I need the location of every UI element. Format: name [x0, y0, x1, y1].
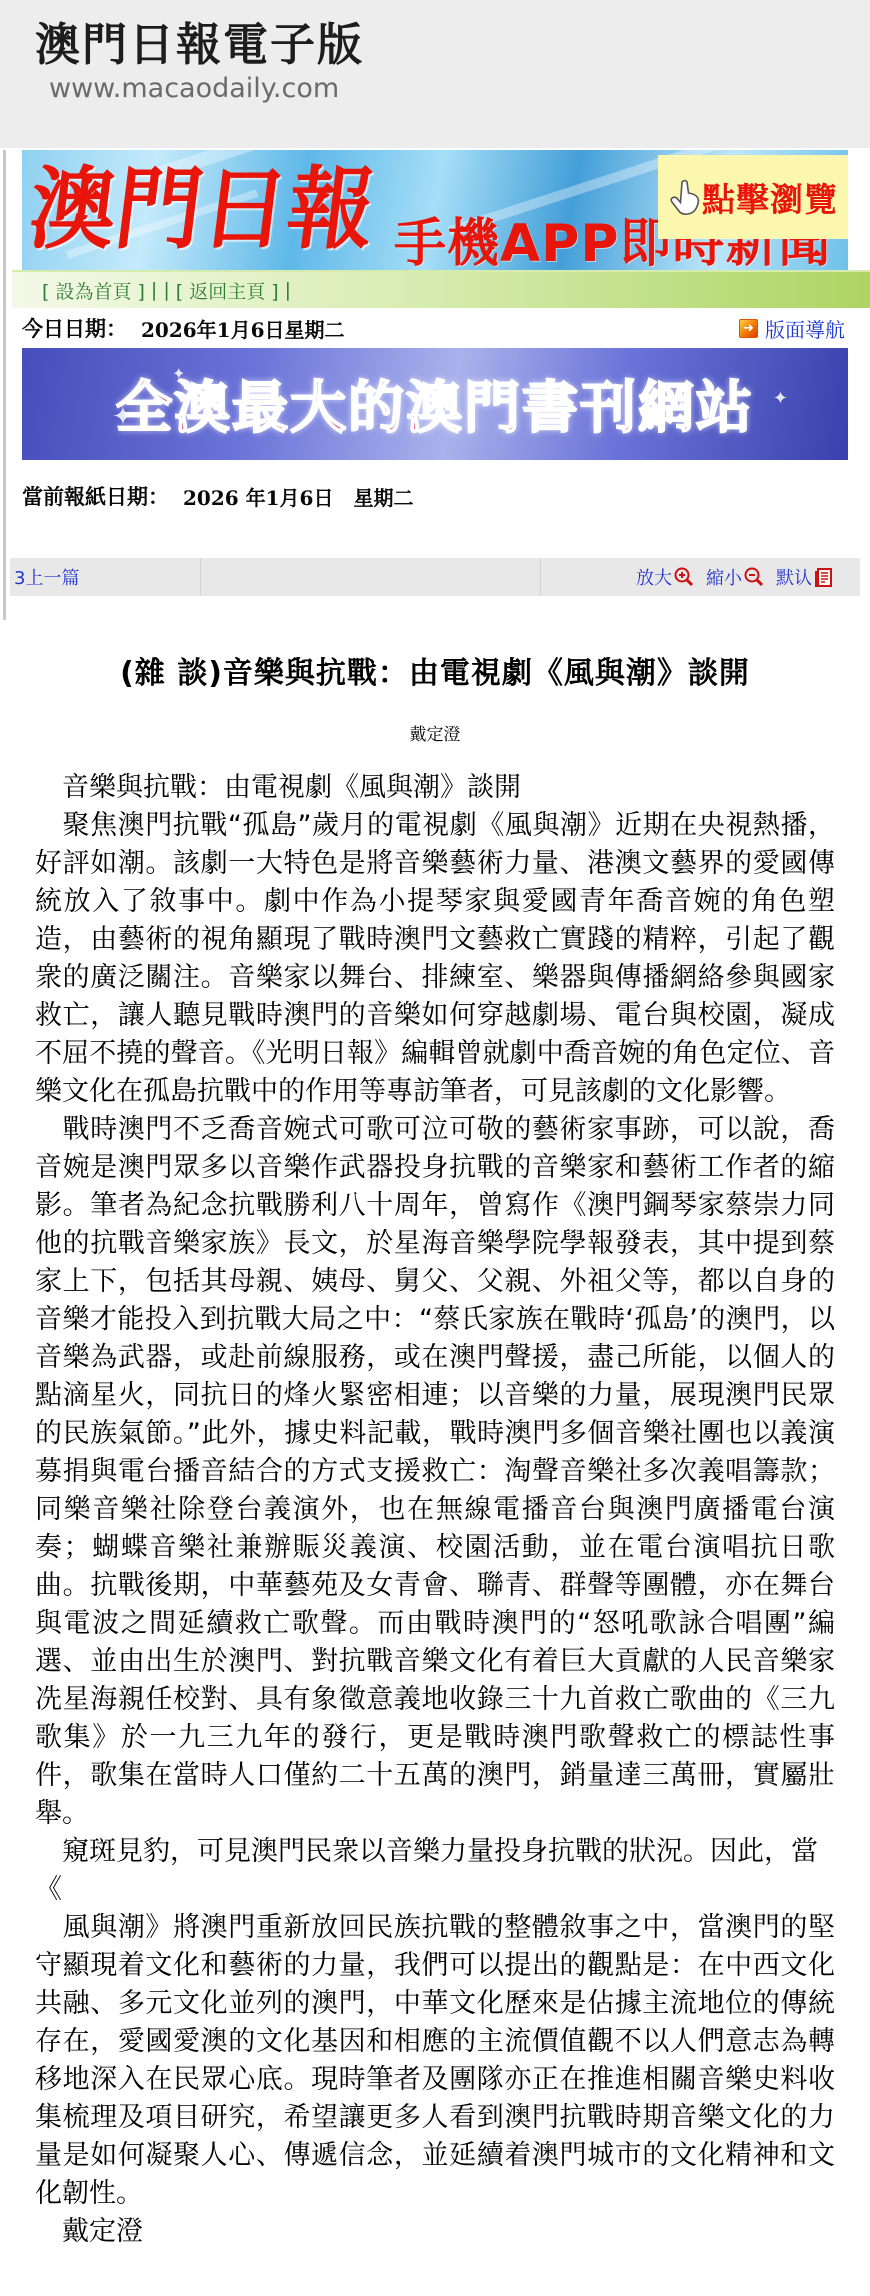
click-to-view-badge[interactable]: 點擊瀏覽 — [658, 155, 848, 239]
article-paragraph: 戴定澄 — [35, 2213, 835, 2251]
article-body: 音樂與抗戰：由電視劇《風與潮》談開 聚焦澳門抗戰“孤島”歲月的電視劇《風與潮》近… — [35, 769, 835, 2251]
page-navigation-label[interactable]: 版面導航 — [765, 314, 845, 343]
sparkle-icon: ✦ — [172, 364, 185, 383]
click-to-view-label: 點擊瀏覽 — [702, 174, 838, 221]
magnifier-minus-icon — [743, 566, 765, 588]
nav-separator: | — [285, 279, 291, 301]
article-paragraph: 音樂與抗戰：由電視劇《風與潮》談開 — [35, 769, 835, 807]
article-paragraph: 戰時澳門不乏喬音婉式可歌可泣可敬的藝術家事跡，可以說，喬音婉是澳門眾多以音樂作武… — [35, 1111, 835, 1833]
zoom-in-button[interactable]: 放大 — [636, 564, 695, 590]
article-paragraph: 聚焦澳門抗戰“孤島”歲月的電視劇《風與潮》近期在央視熱播，好評如潮。該劇一大特色… — [35, 807, 835, 1111]
page-edge-shadow — [3, 150, 6, 620]
zoom-in-label: 放大 — [636, 564, 672, 590]
sparkle-icon: ✦ — [773, 388, 788, 409]
article-paragraph: 風與潮》將澳門重新放回民族抗戰的整體敘事之中，當澳門的堅守顯現着文化和藝術的力量… — [35, 1909, 835, 2213]
article: (雜 談)音樂與抗戰：由電視劇《風與潮》談開 戴定澄 音樂與抗戰：由電視劇《風與… — [0, 648, 870, 2251]
site-header: 澳門日報電子版 www.macaodaily.com — [0, 0, 870, 148]
nav-separator: | | — [151, 279, 170, 301]
back-home-link[interactable]: [ 返回主頁 ] — [176, 277, 279, 304]
article-author: 戴定澄 — [35, 720, 835, 745]
hand-click-icon — [668, 179, 700, 215]
default-size-label: 默认 — [776, 564, 812, 590]
site-url-link[interactable]: www.macaodaily.com — [49, 73, 339, 104]
toolbar-left-cell: 3上一篇 — [10, 558, 200, 596]
site-title: 澳門日報電子版 — [35, 0, 870, 70]
masthead-logo: 澳門日報 — [22, 150, 381, 270]
previous-article-link[interactable]: 3上一篇 — [14, 564, 79, 590]
today-date-row: 今日日期： 2026年1月6日星期二 ➜ 版面導航 — [0, 308, 870, 348]
magnifier-plus-icon — [673, 566, 695, 588]
document-icon — [813, 566, 834, 589]
paper-date-value: 2026 年1月6日 星期二 — [183, 482, 413, 511]
page: 澳門日報電子版 www.macaodaily.com 澳門日報 手機APP即時新… — [0, 0, 870, 2296]
paper-date-row: 當前報紙日期： 2026 年1月6日 星期二 — [0, 480, 870, 512]
book-site-banner[interactable]: ✦ ✦ ✦ 全澳最大的澳門書刊網站 — [22, 348, 848, 460]
sparkle-icon: ✦ — [112, 402, 134, 432]
zoom-out-label: 縮小 — [706, 564, 742, 590]
article-title: (雜 談)音樂與抗戰：由電視劇《風與潮》談開 — [35, 648, 835, 692]
toolbar-middle-cell — [200, 558, 540, 596]
page-navigation-link[interactable]: ➜ 版面導航 — [739, 314, 845, 343]
paper-date-label: 當前報紙日期： — [22, 481, 169, 511]
set-homepage-link[interactable]: [ 設為首頁 ] — [42, 277, 145, 304]
top-nav-bar: [ 設為首頁 ] | | [ 返回主頁 ] | — [12, 270, 870, 308]
toolbar-right-cell: 放大 縮小 — [540, 558, 860, 596]
arrow-right-icon: ➜ — [739, 319, 758, 338]
zoom-out-button[interactable]: 縮小 — [706, 564, 765, 590]
article-paragraph: 窺斑見豹，可見澳門民衆以音樂力量投身抗戰的狀況。因此，當 — [35, 1833, 835, 1871]
article-paragraph: 《 — [35, 1871, 835, 1909]
book-site-banner-text: 全澳最大的澳門書刊網站 — [116, 364, 754, 444]
today-date-label: 今日日期： — [22, 313, 127, 343]
article-toolbar: 3上一篇 放大 縮小 — [10, 558, 860, 596]
app-promo-banner[interactable]: 澳門日報 手機APP即時新聞 點擊瀏覽 — [22, 150, 848, 270]
today-date-value: 2026年1月6日星期二 — [141, 314, 345, 343]
default-size-button[interactable]: 默认 — [776, 564, 834, 590]
